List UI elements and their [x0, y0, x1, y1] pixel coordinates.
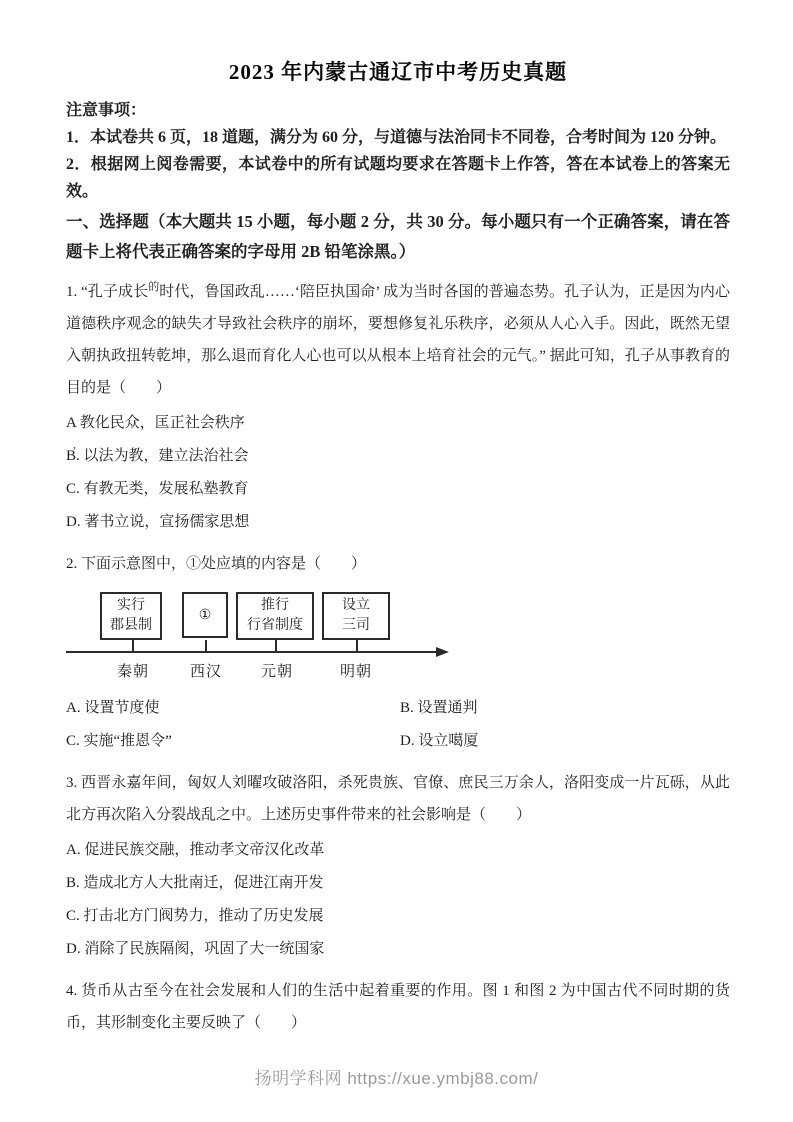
timeline-axis — [66, 651, 438, 653]
question-3: 3. 西晋永嘉年间，匈奴人刘曜攻破洛阳，杀死贵族、官僚、庶民三万余人，洛阳变成一… — [66, 767, 730, 966]
diagram-box-qin-line1: 实行 — [104, 596, 158, 616]
q1-stem-post: 时代，鲁国政乱……‘陪臣执国命’ 成为当时各国的普遍态势。孔子认为，正是因为内心… — [66, 284, 730, 396]
page-content: 2023 年内蒙古通辽市中考历史真题 注意事项： 1．本试卷共 6 页，18 道… — [66, 56, 730, 1039]
section-heading: 一、选择题（本大题共 15 小题，每小题 2 分，共 30 分。每小题只有一个正… — [66, 207, 730, 267]
question-2: 2. 下面示意图中，①处应填的内容是（ ） 实行 郡县制 ① 推行 行省制度 设… — [66, 548, 730, 758]
q1-option-a-text: A 教化民众，匡正社会秩序 — [66, 415, 245, 431]
footer: 扬明学科网 https://xue.ymbj88.com/ — [0, 1064, 793, 1089]
page-title: 2023 年内蒙古通辽市中考历史真题 — [66, 56, 730, 86]
axis-label-ming: 明朝 — [340, 660, 372, 681]
q1-options: A 教化民众，匡正社会秩序, B. 以法为教，建立法治社会 C. 有教无类，发展… — [66, 407, 730, 539]
axis-label-xihan: 西汉 — [190, 660, 222, 681]
question-4: 4. 货币从古至今在社会发展和人们的生活中起着重要的作用。图 1 和图 2 为中… — [66, 975, 730, 1039]
diagram-box-blank-label: ① — [199, 608, 212, 623]
axis-label-yuan: 元朝 — [261, 660, 293, 681]
diagram-box-ming-line2: 三司 — [326, 616, 386, 636]
diagram-box-qin-line2: 郡县制 — [104, 616, 158, 636]
q3-stem: 3. 西晋永嘉年间，匈奴人刘曜攻破洛阳，杀死贵族、官僚、庶民三万余人，洛阳变成一… — [66, 767, 730, 831]
q1-option-c: C. 有教无类，发展私塾教育 — [66, 473, 730, 506]
q1-option-d: D. 著书立说，宣扬儒家思想 — [66, 506, 730, 539]
q2-option-d: D. 设立噶厦 — [400, 725, 730, 758]
exam-page: 2023 年内蒙古通辽市中考历史真题 注意事项： 1．本试卷共 6 页，18 道… — [0, 0, 793, 1122]
q1-stem-pre: 1. “孔子成长 — [66, 284, 148, 300]
q2-stem: 2. 下面示意图中，①处应填的内容是（ ） — [66, 548, 730, 580]
q1-superscript-de: 的 — [148, 281, 159, 293]
q3-option-a: A. 促进民族交融，推动孝文帝汉化改革 — [66, 834, 730, 867]
timeline-arrowhead-icon — [436, 647, 449, 657]
footer-link[interactable]: 扬明学科网 https://xue.ymbj88.com/ — [255, 1069, 539, 1088]
question-1: 1. “孔子成长的时代，鲁国政乱……‘陪臣执国命’ 成为当时各国的普遍态势。孔子… — [66, 276, 730, 539]
q1-option-a: A 教化民众，匡正社会秩序, — [66, 407, 730, 440]
notice-item-2: 2．根据网上阅卷需要，本试卷中的所有试题均要求在答题卡上作答，答在本试卷上的答案… — [66, 151, 730, 205]
q1-option-b: B. 以法为教，建立法治社会 — [66, 440, 730, 473]
diagram-box-blank: ① — [182, 592, 228, 638]
q3-option-d: D. 消除了民族隔阂，巩固了大一统国家 — [66, 933, 730, 966]
diagram-box-ming: 设立 三司 — [322, 592, 390, 640]
q3-option-b: B. 造成北方人大批南迁，促进江南开发 — [66, 867, 730, 900]
notice-item-1: 1．本试卷共 6 页，18 道题，满分为 60 分，与道德与法治同卡不同卷，合考… — [66, 124, 730, 151]
diagram-box-ming-line1: 设立 — [326, 596, 386, 616]
q2-option-a: A. 设置节度使 — [66, 692, 400, 725]
diagram-box-qin: 实行 郡县制 — [100, 592, 162, 640]
notice-heading: 注意事项： — [66, 98, 730, 124]
q1-stem: 1. “孔子成长的时代，鲁国政乱……‘陪臣执国命’ 成为当时各国的普遍态势。孔子… — [66, 276, 730, 404]
diagram-box-yuan-line2: 行省制度 — [240, 616, 310, 636]
q3-options: A. 促进民族交融，推动孝文帝汉化改革 B. 造成北方人大批南迁，促进江南开发 … — [66, 834, 730, 966]
q2-option-c: C. 实施“推恩令” — [66, 725, 400, 758]
q2-timeline-diagram: 实行 郡县制 ① 推行 行省制度 设立 三司 — [66, 588, 526, 690]
diagram-box-yuan-line1: 推行 — [240, 596, 310, 616]
q3-option-c: C. 打击北方门阀势力，推动了历史发展 — [66, 900, 730, 933]
q4-stem: 4. 货币从古至今在社会发展和人们的生活中起着重要的作用。图 1 和图 2 为中… — [66, 975, 730, 1039]
diagram-box-yuan: 推行 行省制度 — [236, 592, 314, 640]
q2-option-b: B. 设置通判 — [400, 692, 730, 725]
axis-label-qin: 秦朝 — [117, 660, 149, 681]
q2-options: A. 设置节度使 B. 设置通判 C. 实施“推恩令” D. 设立噶厦 — [66, 692, 730, 758]
